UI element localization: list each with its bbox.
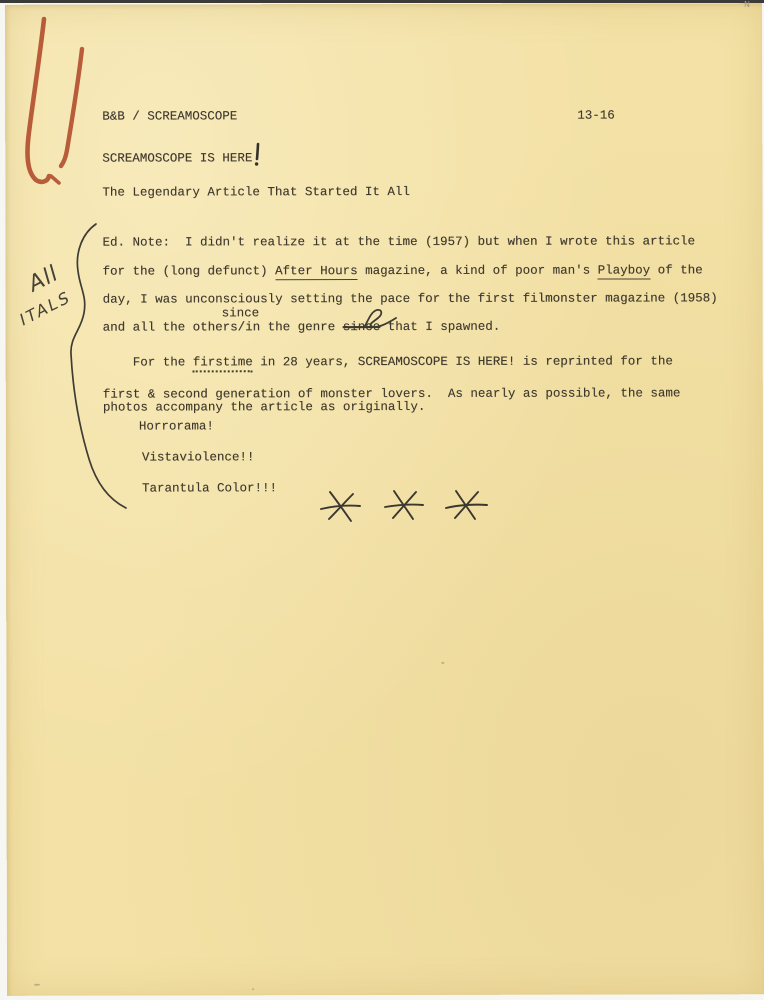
- dotted-underlined-firstime: firstime: [193, 355, 253, 372]
- document-subtitle: The Legendary Article That Started It Al…: [102, 185, 410, 201]
- para2-line-1-post: in 28 years, SCREAMOSCOPE IS HERE! is re…: [253, 354, 673, 369]
- ed-note-line-1: Ed. Note: I didn't realize it at the tim…: [102, 234, 695, 250]
- ed-note-line-3: day, I was unconsciously setting the pac…: [103, 291, 718, 307]
- ed-note-line-2-post: of the: [650, 263, 703, 277]
- underlined-after-hours: After Hours: [275, 264, 358, 280]
- ed-note-line-2-mid: magazine, a kind of poor man's: [358, 264, 598, 279]
- para2-line-1-pre: For the: [133, 355, 193, 369]
- margin-note-itals: ITALS: [16, 287, 74, 329]
- ed-note-line-4: and all the others/in the genre since th…: [103, 320, 501, 336]
- para2-line-3: photos accompany the article as original…: [103, 400, 426, 416]
- header-left: B&B / SCREAMOSCOPE: [102, 109, 237, 124]
- scan-top-edge: [0, 0, 764, 3]
- ed-note-line-2-pre: for the (long defunct): [103, 264, 276, 278]
- underlined-playboy: Playboy: [598, 263, 651, 279]
- paper-page: B&B / SCREAMOSCOPE 13-16 SCREAMOSCOPE IS…: [5, 3, 764, 996]
- paper-speck: [252, 988, 254, 990]
- exclaim-tarantula-color: Tarantula Color!!!: [142, 481, 277, 496]
- typed-insertion-since: since: [222, 306, 260, 321]
- document-title: SCREAMOSCOPE IS HERE: [102, 151, 252, 166]
- paper-speck: [441, 662, 444, 664]
- struck-word-since: since: [343, 320, 381, 334]
- exclaim-vistaviolence: Vistaviolence!!: [142, 450, 255, 465]
- page-number: 13-16: [577, 109, 615, 124]
- paper-speck: [34, 984, 40, 986]
- ed-note-line-4-pre: and all the others/in the genre: [103, 320, 343, 335]
- para2-line-1: For the firstime in 28 years, SCREAMOSCO…: [133, 354, 673, 370]
- ed-note-line-2: for the (long defunct) After Hours magaz…: [103, 263, 703, 279]
- exclaim-horrorama: Horrorama!: [139, 419, 214, 434]
- corner-mark: N: [744, 0, 750, 9]
- ed-note-line-4-post: that I spawned.: [380, 320, 500, 334]
